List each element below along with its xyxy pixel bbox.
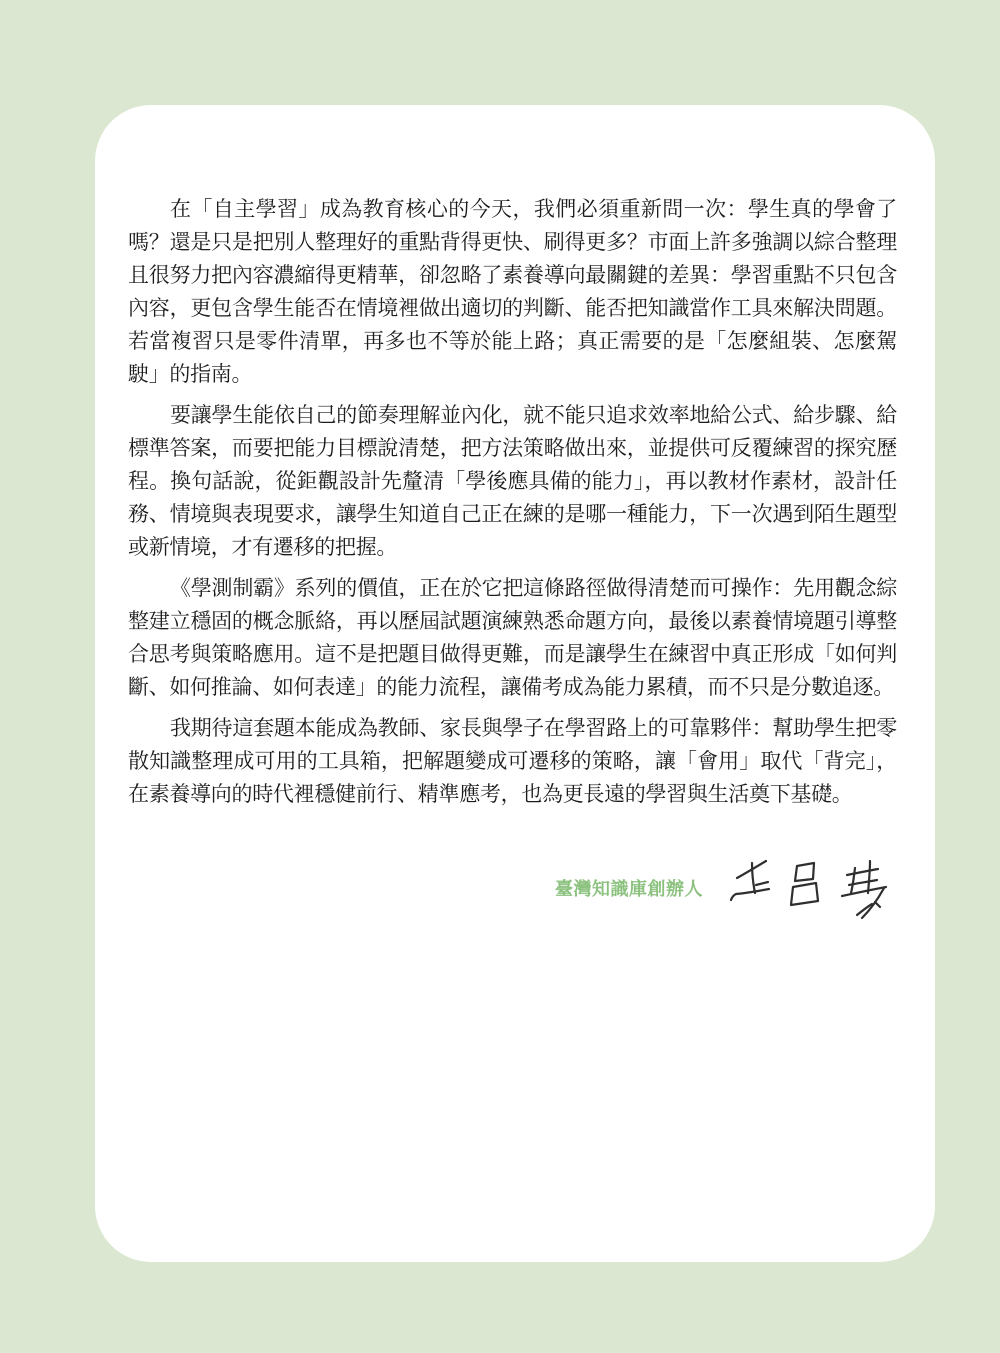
preface-page: 在「自主學習」成為教育核心的今天，我們必須重新問一次：學生真的學會了嗎？還是只是…	[0, 0, 1000, 1353]
preface-paragraph-1: 在「自主學習」成為教育核心的今天，我們必須重新問一次：學生真的學會了嗎？還是只是…	[128, 193, 897, 391]
signature-block: 臺灣知識庫創辦人	[128, 849, 897, 927]
founder-title-label: 臺灣知識庫創辦人	[555, 875, 703, 901]
handwritten-signature-icon	[723, 849, 895, 927]
preface-paragraph-2: 要讓學生能依自己的節奏理解並內化，就不能只追求效率地給公式、給步驟、給標準答案，…	[128, 399, 897, 564]
preface-paragraph-3: 《學測制霸》系列的價值，正在於它把這條路徑做得清楚而可操作：先用觀念綜整建立穩固…	[128, 572, 897, 704]
preface-card: 在「自主學習」成為教育核心的今天，我們必須重新問一次：學生真的學會了嗎？還是只是…	[95, 105, 935, 1262]
preface-content: 在「自主學習」成為教育核心的今天，我們必須重新問一次：學生真的學會了嗎？還是只是…	[95, 105, 935, 927]
preface-paragraph-4: 我期待這套題本能成為教師、家長與學子在學習路上的可靠夥伴：幫助學生把零散知識整理…	[128, 712, 897, 811]
